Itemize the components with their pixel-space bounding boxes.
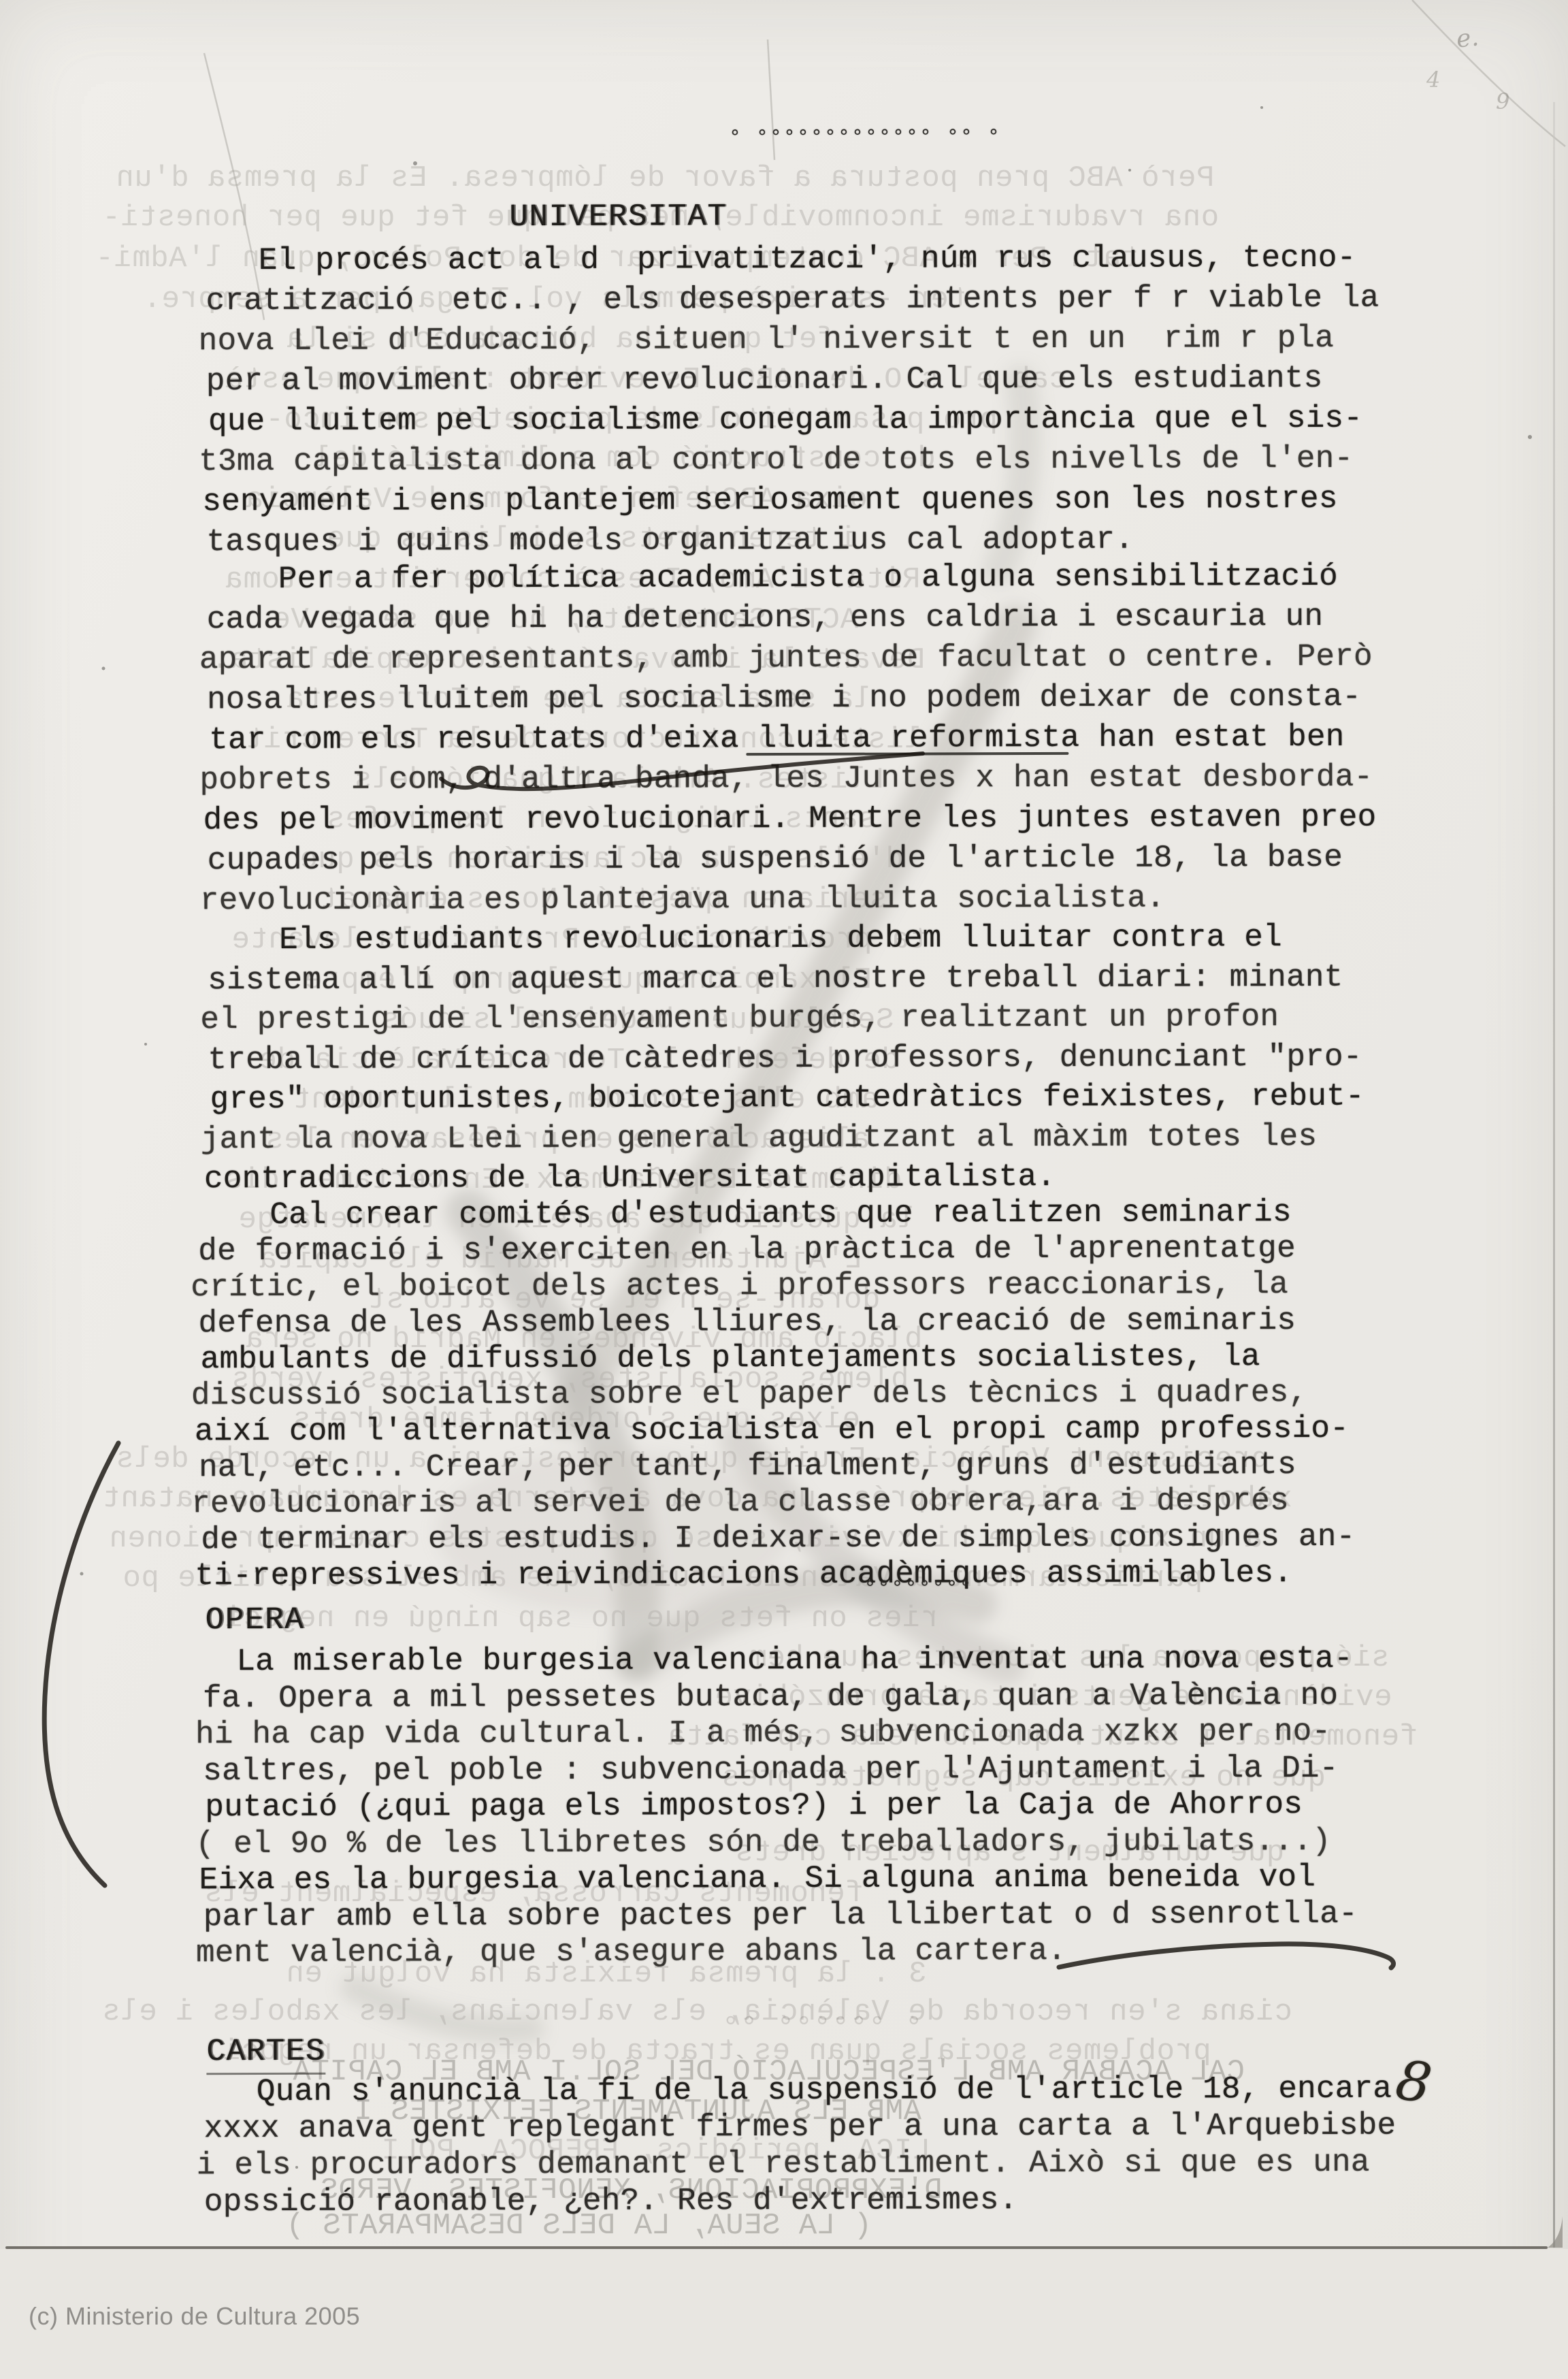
typed-line: senyament i ens plantejem seriosament qu… (202, 479, 1379, 523)
bleedthrough-line: Sembla que obedeix al sinuós (381, 1005, 894, 1035)
bleedthrough-line: dorant-se'n el se ve alló st (367, 1285, 880, 1315)
typed-line: treball de crítica de càtedres i profess… (208, 1037, 1364, 1080)
bleedthrough-line: de defendre la Torre de València de (259, 1046, 900, 1075)
pencil-mark: 4 (1426, 67, 1440, 93)
typed-line: revolucionària es plantejava una lluita … (200, 878, 1377, 922)
typed-line: gres" oportunistes, boicotejant catedràt… (210, 1077, 1365, 1120)
bleedthrough-line: ACTS Santa Rita, ho que se da Ve (272, 605, 858, 635)
corner-curl-layer (0, 0, 1568, 2379)
typed-line: ambulants de difussió dels plantejaments… (201, 1339, 1355, 1378)
typed-line: cada vegada que hi ha detencions, ens ca… (207, 597, 1376, 640)
copyright-text: (c) Ministerio de Cultura 2005 (29, 2302, 360, 2331)
bleedthrough-line: a un xiquet que hi xvivia, sense que aqu… (109, 1524, 1262, 1554)
typed-line: pobrets i com, d'altra banda, les Juntes… (199, 758, 1376, 801)
typed-line: el prestigi de l'ensenyament burgés, rea… (200, 997, 1364, 1040)
typed-line: ( el 9o % de les llibretes són de trebal… (195, 1823, 1357, 1862)
bleedthrough-line: particularment a València Fruits, que am… (122, 1564, 1203, 1593)
paragraph-cartes: Quan s'anuncià la fi de la suspensió de … (199, 2071, 1396, 2221)
typed-line: des pel moviment revolucionari. Mentre l… (203, 798, 1377, 841)
bleedthrough-line: Devant la innovació tírico-capitalista. (211, 645, 925, 675)
typed-line: així com l'alternativa socialista en el … (195, 1411, 1355, 1450)
typed-line: revolucionaris al servei de la classe ob… (191, 1483, 1355, 1522)
typed-line: discussió socialista sobre el paper dels… (191, 1375, 1355, 1414)
bleedthrough-line: ona rvadurisme inconmovible, més pel que… (102, 203, 1219, 233)
typed-line: xxxx anava gent replegant firmes per a u… (204, 2107, 1396, 2148)
bleedthrough-line: que no existís cap seguretat pres (721, 1763, 1326, 1793)
typed-line: que lluitem pel socialisme conegam la im… (208, 399, 1379, 442)
pencil-mark: 9 (1496, 88, 1509, 114)
typed-line: aparat de representants, amb juntes de f… (199, 637, 1376, 681)
bleedthrough-line: pro posant titols de propietat son imco- (265, 405, 998, 435)
bleedthrough-layer: Però ABC pren postura a favor de lómpres… (0, 0, 1568, 2379)
typed-line: nova Llei d'Educació, situen l' niversit… (199, 319, 1379, 362)
typed-line: Cal crear comités d'estudiants que reali… (194, 1195, 1354, 1233)
bleedthrough-line: Rita. L'Amo, I està convertint en toma (225, 565, 920, 595)
typed-line: t3ma capitalista dona al control de tots… (199, 439, 1379, 483)
typed-line: nal, etc... Crear, per tant, finalment, … (199, 1447, 1355, 1486)
bleedthrough-line: sió proposava les xicotetes que hem (749, 1643, 1390, 1673)
bleedthrough-line: D'EXPROPIACIONS, XENOFISTES, VERDS (320, 2175, 943, 2205)
bleedthrough-line: oixa ABCdefen la forma de València (245, 485, 868, 515)
typed-line: fa. Opera a mil pessetes butaca, de gala… (203, 1677, 1357, 1717)
section-heading-universitat: UNIVERSITAT (509, 199, 727, 235)
pencil-mark: e. (1455, 23, 1480, 53)
typed-line: hi ha cap vida cultural. I a més, subven… (195, 1714, 1357, 1753)
paragraph-opera: La miserable burgesia valenciana ha inve… (199, 1641, 1358, 1972)
bleedthrough-line: L'Ajuntament de Madrid els capita (259, 1245, 863, 1275)
typed-line: de terminar els estudis. I deixar-se de … (201, 1519, 1355, 1558)
bleedthrough-line: blació amb vivendes en Madrid no sera (245, 1325, 922, 1355)
bleedthrough-line: alienació que es profesava en les (265, 1125, 870, 1155)
bleedthrough-line: amb ells recordem aquell prudent (293, 1085, 879, 1115)
bleedthrough-line: blemes socialistes, xenofistes, verds (231, 1365, 909, 1395)
bleedthrough-line: Però ABC pren postura a favor de lómpres… (116, 163, 1214, 193)
bleedthrough-line: El xampions que el grup d'empre- (286, 965, 872, 995)
bleedthrough-line: CAL ACABAR AMB L'ESPECULACIÓ DEL SOL.I A… (293, 2057, 1245, 2087)
bleedthrough-line: de construcció com a limitació del (313, 444, 936, 474)
bleedthrough-line: fet que s'ha burrada com si la (286, 325, 835, 355)
typed-line: per al moviment obrer revolucionari. Cal… (206, 359, 1379, 402)
bleedthrough-line: cab el s O de .ABC. Es evident : allò qu… (225, 365, 1067, 395)
bleedthrough-line: ter -se eixò permels vol Torga, per a se… (143, 285, 967, 314)
bleedthrough-line: ta providència als Provincials levante (231, 925, 927, 955)
typed-line: sistema allí on aquest marca el nostre t… (208, 957, 1364, 1000)
section-heading-opera: OPERA (206, 1602, 305, 1638)
typed-line: de formació i s'exerciten en la pràctica… (198, 1231, 1354, 1269)
handwritten-page-number: 8 (1392, 2048, 1436, 2116)
bleedthrough-line: ries on fets que no sap ningú en negoci (225, 1604, 938, 1634)
typed-line: cupades pels horaris i la suspensió de l… (208, 838, 1377, 881)
bleedthrough-line: d'ells : la declaració en les que (299, 845, 904, 875)
typed-line: parlar amb ella sobre pactes per la llib… (203, 1896, 1358, 1935)
typed-line: tasques i quins models organitzatius cal… (206, 519, 1379, 563)
typed-line: Els estudiants revolucionaris debem llui… (203, 918, 1364, 960)
bleedthrough-line: precisament València -Fruits quio protes… (116, 1444, 1269, 1474)
bleedthrough-line: fenomental i salut: que no feia cap falt… (667, 1722, 1418, 1752)
archive-watermark (354, 381, 1025, 2030)
paragraph-universitat-1: El procés act al d privatitzaci', núm ru… (201, 238, 1379, 563)
typed-line: ti-repressives i reivindicacions acadèmi… (195, 1555, 1355, 1594)
paragraph-universitat-4: Cal crear comités d'estudiants que reali… (194, 1195, 1356, 1594)
bleedthrough-line: que duralment s'aprecien drets (735, 1838, 1284, 1868)
ink-margin-bracket (44, 1443, 118, 1886)
watermark-crease-layer (0, 0, 1568, 2379)
typed-line: El procés act al d privatitzaci', núm ru… (201, 238, 1379, 282)
dotted-separator-top: ° °°°°°°°°°°°°° °° ° (729, 126, 1001, 150)
bleedthrough-line: sants indignació en les profes (327, 805, 876, 835)
paragraph-universitat-2: Per a fer política academicista o alguna… (203, 557, 1377, 922)
typed-line: contradiccions de la Universitat capital… (204, 1156, 1365, 1199)
typed-line: La miserable burgesia valenciana ha inve… (199, 1641, 1357, 1681)
typed-line: jant la nova Llei ien general aguditzant… (201, 1116, 1365, 1159)
ink-annotation-layer (0, 0, 1568, 2379)
typed-line: i els procuradors demanant el restablime… (197, 2144, 1396, 2184)
ink-specks (80, 106, 1533, 2169)
typed-line: ment valencià, que s'asegure abans la ca… (196, 1932, 1358, 1972)
bleedthrough-line: Llistes. Amb la dignació dels (354, 765, 885, 795)
typed-line: cratització etc.. , els desesperats inte… (206, 278, 1379, 322)
bleedthrough-line: dinàmica España-marx. En certamen dis (225, 1165, 902, 1195)
dotted-separator-mid: °°°°°°°° (864, 1577, 973, 1600)
typed-line: tar com els resultats d'eixa lluita refo… (209, 717, 1376, 760)
typed-line: defensa de les Assemblees lliures, la cr… (198, 1303, 1354, 1342)
paper-bottom-edge (5, 2246, 1548, 2249)
bleedthrough-line: 3 . la premsa feixista ha volgut en (286, 1959, 927, 1989)
ink-dash-after-cartera (1059, 1944, 1393, 1968)
typed-line: Quan s'anuncià la fi de la suspensió de … (199, 2071, 1396, 2111)
paper-right-fold (1553, 102, 1555, 2248)
bleedthrough-line: eixes que s'ordenen també drets (293, 1405, 860, 1435)
bleedthrough-line: ° °°°°°° °° (721, 2013, 923, 2043)
typed-line: Per a fer política academicista o alguna… (203, 557, 1376, 600)
bleedthrough-line: evidència de gents i tanta bronzóbive (715, 1683, 1392, 1713)
scanned-page: Però ABC pren postura a favor de lómpres… (0, 0, 1568, 2379)
section-heading-cartes: CARTES (206, 2034, 325, 2075)
paper-corner-curl (1548, 2216, 1563, 2248)
typed-line: nosaltres lluitem pel socialisme i no po… (207, 677, 1376, 720)
bleedthrough-line: seria en qüestió. No es emparat (320, 885, 887, 915)
paper-creases (204, 0, 1565, 320)
typed-line: putació (¿qui paga els impostos?) i per … (205, 1787, 1357, 1826)
bleedthrough-line: i tenen drets socialistes que (327, 524, 857, 554)
paragraph-universitat-3: Els estudiants revolucionaris debem llui… (203, 918, 1365, 1199)
bleedthrough-line: tat. Per a ABC contemporitzar de don Pol… (95, 244, 1139, 274)
bleedthrough-line: la qüestió que apareix en l'homenatge (238, 1205, 915, 1235)
typed-line: Eixa es la burgesia valenciana. Si algun… (199, 1860, 1358, 1899)
bleedthrough-line: xaboliates. Dies després, una cova a Pat… (102, 1484, 1292, 1514)
bleedthrough-line: fenoments carrossa, especialment els (204, 1879, 864, 1909)
bleedthrough-line: AMB ELS AJUNTAMENTS FEIXISTES I (354, 2097, 921, 2126)
bleedthrough-line: listes constructores de la Torre crit (245, 725, 922, 755)
typed-underline-lluita-reformista (746, 752, 1068, 756)
typed-line: opssició raonable, ¿eh?. Res d'extremism… (204, 2181, 1396, 2221)
bleedthrough-line: ciana s'en recorda de València, els vale… (102, 1997, 1292, 2027)
typed-line: saltres, pel poble : subvencionada per l… (203, 1750, 1357, 1790)
bleedthrough-line: LICA, periòdics, FREROCA, POLI (381, 2136, 930, 2166)
ink-scribble-reformista (441, 754, 923, 789)
bleedthrough-line: la seua aposta que la Torre esta (286, 685, 872, 715)
bleedthrough-line: ( LA SEUA, LA DELS DESAMPARATS ) (286, 2211, 872, 2241)
typescript-layer: ° °°°°°°°°°°°°° °° ° UNIVERSITAT El proc… (0, 0, 1568, 2379)
bleedthrough-line: problemes socials quan es tracta de defe… (204, 2037, 1211, 2067)
typed-line: crític, el boicot dels actes i professor… (191, 1267, 1354, 1306)
